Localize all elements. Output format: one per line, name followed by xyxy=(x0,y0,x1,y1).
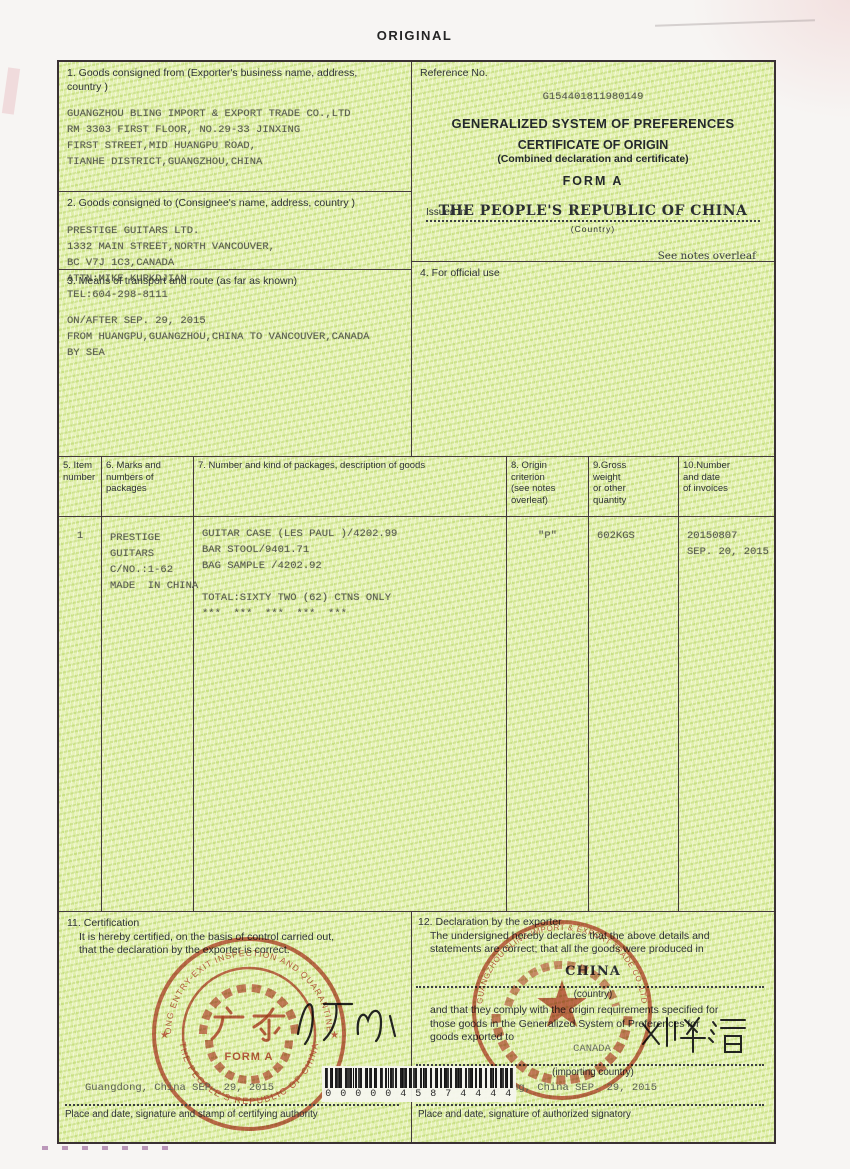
signature-dotted-line xyxy=(65,1104,399,1106)
star-icon xyxy=(537,980,586,1027)
reference-number: G154401811980149 xyxy=(420,91,766,103)
header-marks: 6. Marks andnumbers ofpackages xyxy=(102,457,194,517)
certifier-signature xyxy=(284,982,414,1057)
box1-goods-consigned-from: 1. Goods consigned from (Exporter's busi… xyxy=(59,62,412,192)
scan-pink-mark xyxy=(2,67,20,114)
description-value: GUITAR CASE (LES PAUL )/4202.99BAR STOOL… xyxy=(202,528,498,544)
issued-in-row: Issued in THE PEOPLE'S REPUBLIC OF CHINA xyxy=(426,198,760,222)
form-a-certificate: 1. Goods consigned from (Exporter's busi… xyxy=(57,60,776,1144)
box11-caption: Place and date, signature and stamp of c… xyxy=(65,1109,318,1120)
box12-declaration: 12. Declaration by the exporter The unde… xyxy=(412,912,774,1142)
cell-gross-weight: 602KGS xyxy=(589,517,679,912)
marks-value: PRESTIGEGUITARSC/NO.:1-62MADE IN CHINA xyxy=(110,532,185,548)
box2-goods-consigned-to: 2. Goods consigned to (Consignee's name,… xyxy=(59,192,412,270)
box2-title: 2. Goods consigned to (Consignee's name,… xyxy=(67,197,403,211)
box11-title: 11. Certification xyxy=(67,917,403,931)
country-caption: (Country) xyxy=(420,224,766,234)
combined-declaration-subtitle: (Combined declaration and certificate) xyxy=(420,153,766,165)
see-notes-overleaf: See notes overleaf xyxy=(420,250,766,262)
exporter-signature xyxy=(637,1010,752,1068)
reference-and-title-block: Reference No. G154401811980149 GENERALIZ… xyxy=(412,62,774,262)
certificate-title: CERTIFICATE OF ORIGIN xyxy=(420,138,766,152)
scan-smudge xyxy=(655,19,815,27)
box11-certification: 11. Certification It is hereby certified… xyxy=(59,912,412,1142)
gross-weight-value: 602KGS xyxy=(597,530,670,546)
box4-official-use: 4. For official use xyxy=(412,262,774,457)
box1-title: 1. Goods consigned from (Exporter's busi… xyxy=(67,67,387,94)
header-description: 7. Number and kind of packages, descript… xyxy=(194,457,507,517)
stamp-form-a-label: FORM A xyxy=(225,1051,274,1063)
copy-type-label: ORIGINAL xyxy=(57,28,772,43)
box4-title: 4. For official use xyxy=(420,267,766,281)
scan-artifact-dashes xyxy=(42,1146,172,1150)
header-gross-weight: 9.Grossweightor otherquantity xyxy=(589,457,679,517)
box12-caption: Place and date, signature of authorized … xyxy=(418,1109,631,1120)
barcode-digits: 0 0 0 0 0 4 5 8 7 4 4 4 4 xyxy=(325,1089,513,1100)
header-origin-criterion: 8. Origincriterion(see notesoverleaf) xyxy=(507,457,589,517)
barcode: 0 0 0 0 0 4 5 8 7 4 4 4 4 xyxy=(322,1066,516,1102)
origin-criterion-value: "P" xyxy=(515,530,580,546)
star-icon: ★ xyxy=(160,1030,169,1041)
invoice-value: 20150807SEP. 20, 2015 xyxy=(687,530,766,546)
cell-description: GUITAR CASE (LES PAUL )/4202.99BAR STOOL… xyxy=(194,517,507,912)
certification-place-date: Guangdong, China SEP. 29, 2015 xyxy=(85,1082,274,1094)
reference-label: Reference No. xyxy=(420,67,766,81)
issuing-country: THE PEOPLE'S REPUBLIC OF CHINA xyxy=(426,203,760,219)
box3-transport-route: 3. Means of transport and route (as far … xyxy=(59,270,412,457)
exporter-address: GUANGZHOU BLING IMPORT & EXPORT TRADE CO… xyxy=(67,108,403,172)
barcode-bars xyxy=(325,1068,513,1088)
stamp-guangdong-glyphs xyxy=(212,1008,284,1040)
item-number-value: 1 xyxy=(67,530,93,546)
signatory-dotted-line xyxy=(416,1104,764,1106)
form-a-label: FORM A xyxy=(420,174,766,188)
cell-origin-criterion: "P" xyxy=(507,517,589,912)
scanned-certificate-page: ORIGINAL 1. Goods consigned from (Export… xyxy=(0,0,850,1169)
header-item-number: 5. Itemnumber xyxy=(59,457,102,517)
stamp-chinese-top-arc xyxy=(203,988,295,1034)
cell-invoices: 20150807SEP. 20, 2015 xyxy=(679,517,774,912)
box3-title: 3. Means of transport and route (as far … xyxy=(67,275,403,289)
cell-marks: PRESTIGEGUITARSC/NO.:1-62MADE IN CHINA xyxy=(102,517,194,912)
gsp-title: GENERALIZED SYSTEM OF PREFERENCES xyxy=(420,116,766,131)
transport-details: ON/AFTER SEP. 29, 2015FROM HUANGPU,GUANG… xyxy=(67,315,403,363)
cell-item-number: 1 xyxy=(59,517,102,912)
header-invoices: 10.Numberand dateof invoices xyxy=(679,457,774,517)
